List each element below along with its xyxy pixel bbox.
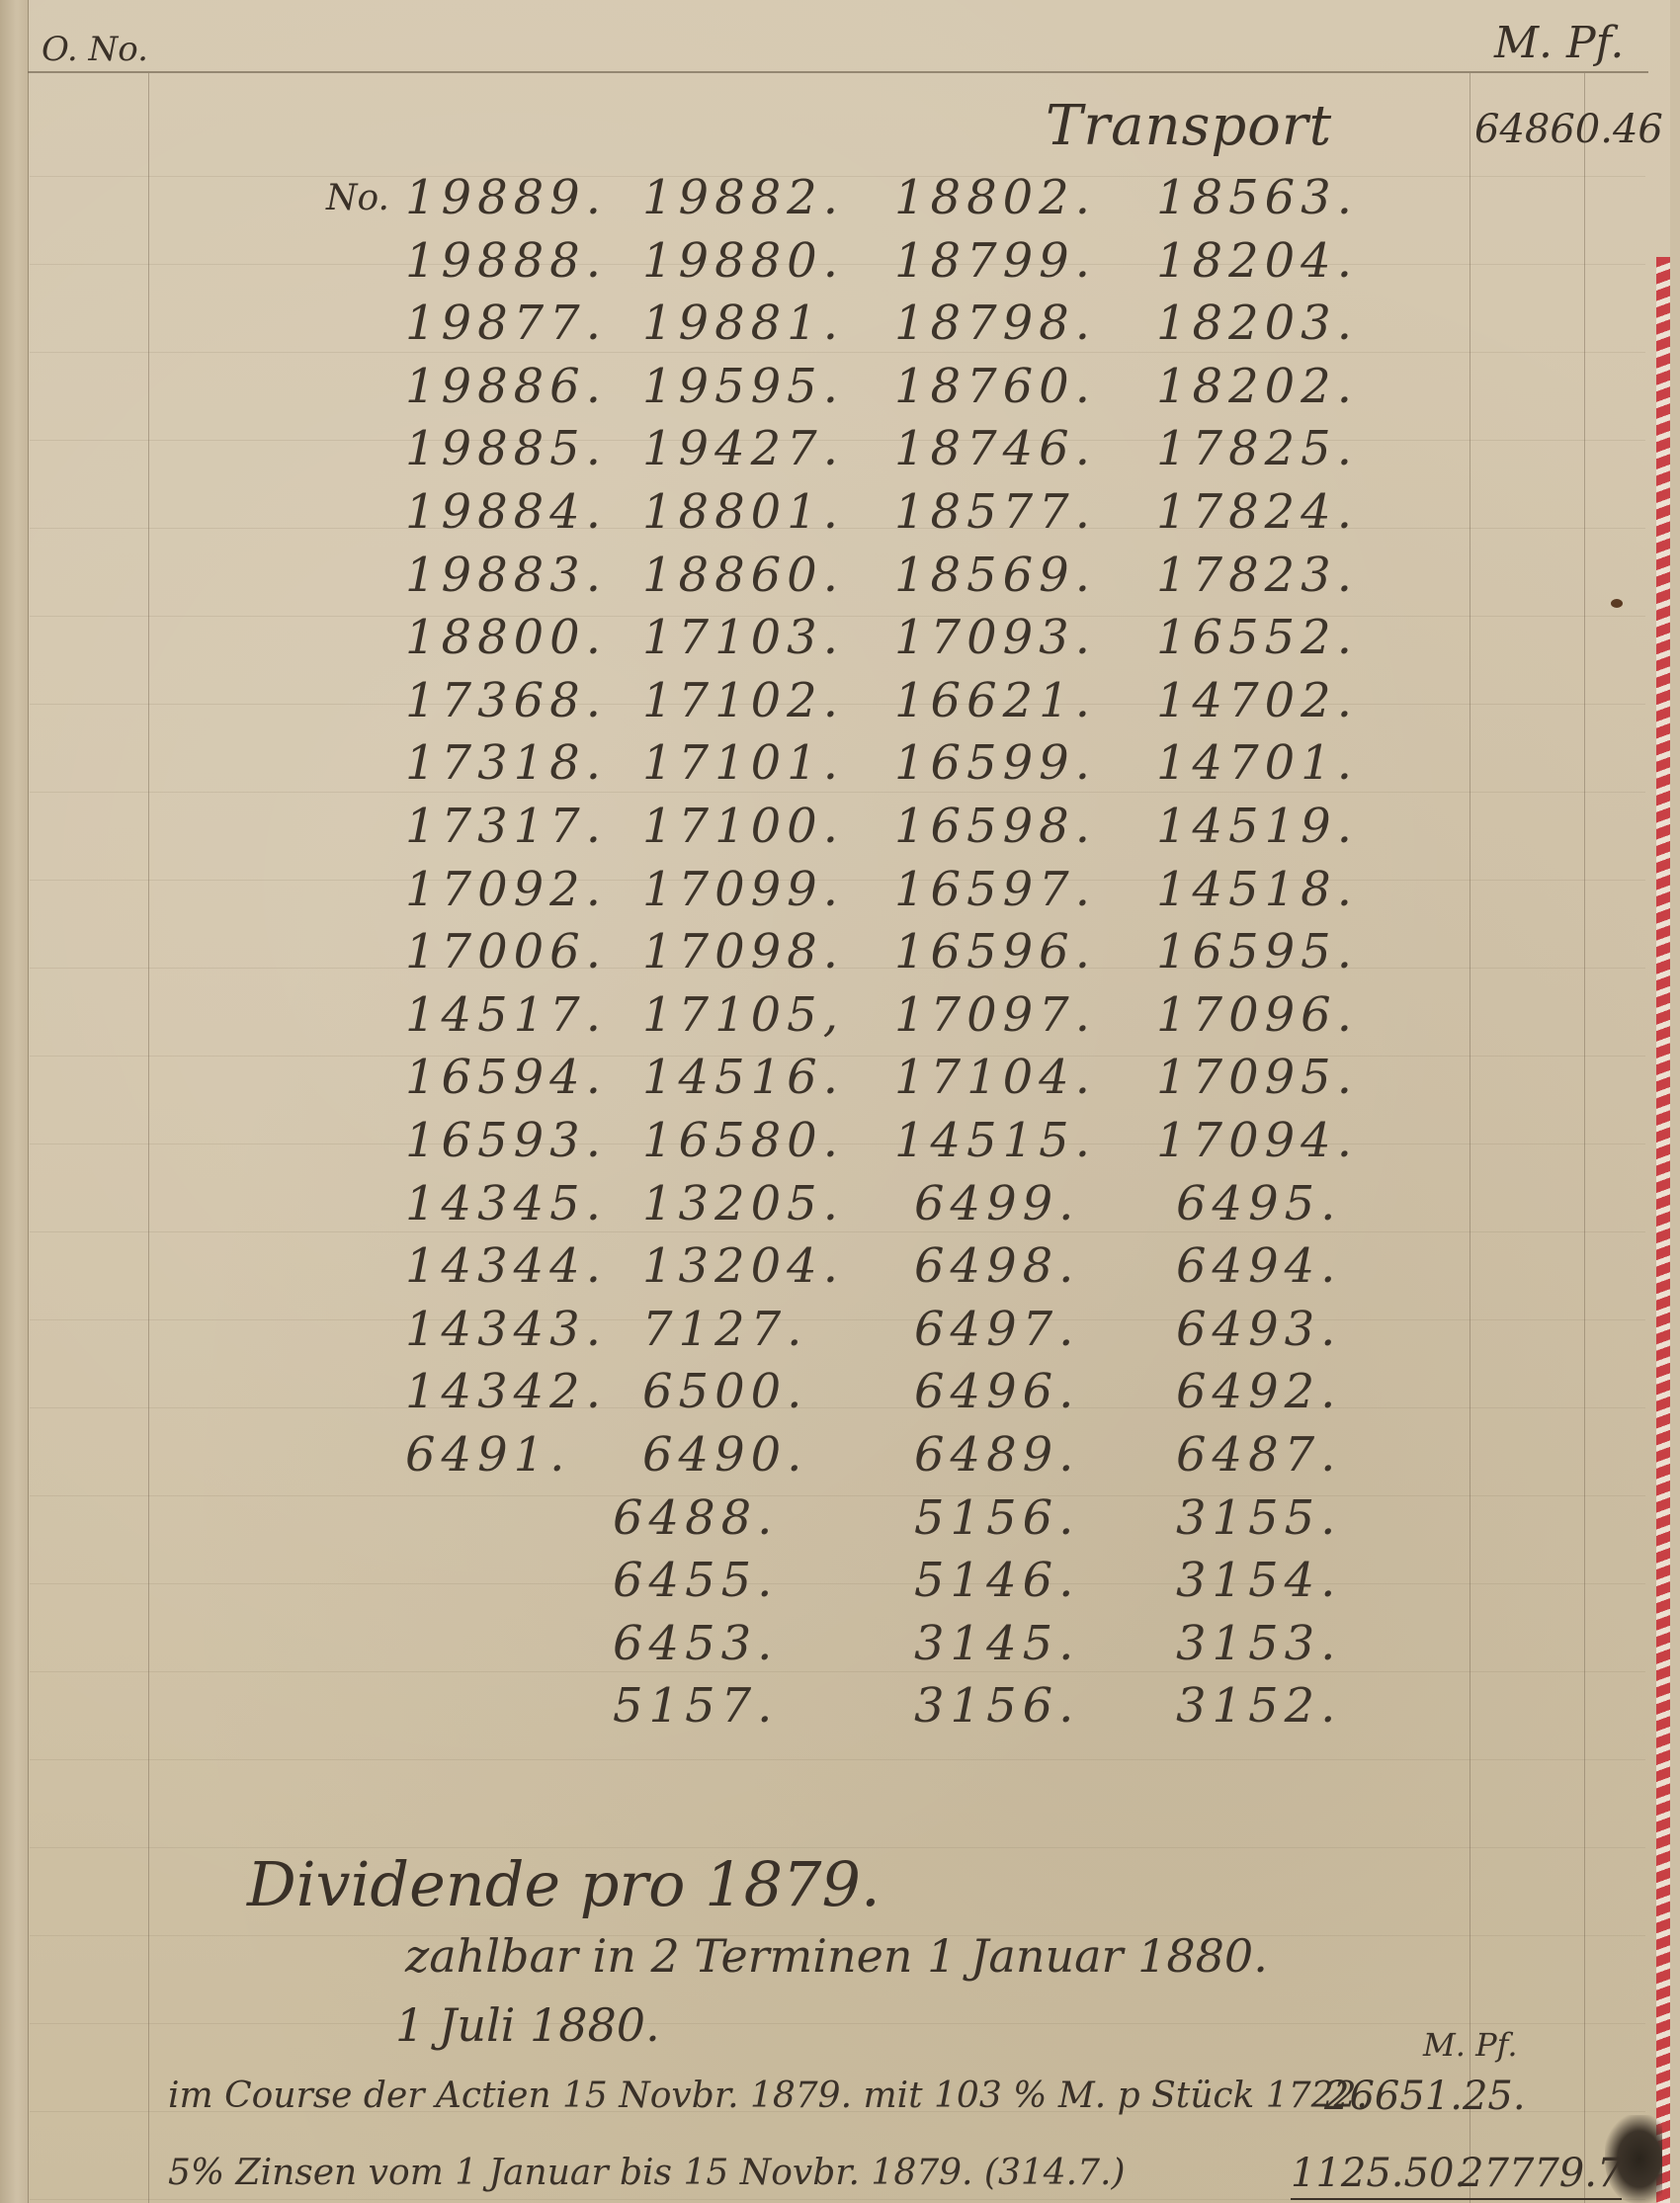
share-number-cell: 18800.	[405, 610, 607, 665]
share-number-cell: 6490.	[642, 1427, 807, 1483]
share-number-cell: 18202.	[1156, 359, 1358, 414]
share-number-cell: 13205.	[642, 1176, 844, 1231]
share-number-cell: 17825.	[1156, 421, 1358, 476]
share-number-cell: 6455.	[613, 1553, 778, 1608]
share-number-cell: 18563.	[1156, 170, 1358, 225]
share-number-cell: 17098.	[642, 924, 844, 979]
book-binding-edge	[0, 0, 29, 2203]
share-number-cell: 17103.	[642, 610, 844, 665]
grand-total: 27779.7	[1459, 2151, 1622, 2200]
share-number-cell: 18204.	[1156, 233, 1358, 289]
left-margin-rule	[148, 73, 149, 2203]
interest-amount: 1125.50.	[1291, 2151, 1467, 2200]
share-number-cell: 6487.	[1176, 1427, 1341, 1483]
share-number-cell: 19877.	[405, 296, 607, 351]
share-number-cell: 18799.	[894, 233, 1096, 289]
amount-units-label: M. Pf.	[1423, 2026, 1518, 2064]
share-number-cell: 18860.	[642, 548, 844, 603]
share-number-cell: 17104.	[894, 1050, 1096, 1105]
share-number-cell: 17100.	[642, 799, 844, 854]
share-number-cell: 6488.	[613, 1490, 778, 1546]
ledger-page: O. No. M. Pf. Transport 64860.46 No. 198…	[0, 0, 1670, 2203]
currency-header: M. Pf.	[1494, 18, 1624, 68]
red-binding-thread	[1656, 257, 1670, 2203]
share-number-cell: 19889.	[405, 170, 607, 225]
share-number-cell: 17093.	[894, 610, 1096, 665]
share-number-cell: 6489.	[914, 1427, 1079, 1483]
share-number-cell: 6500.	[642, 1364, 807, 1419]
share-number-cell: 19881.	[642, 296, 844, 351]
share-number-cell: 17368.	[405, 673, 607, 728]
share-number-cell: 6494.	[1176, 1238, 1341, 1294]
share-number-cell: 19882.	[642, 170, 844, 225]
share-number-cell: 14342.	[405, 1364, 607, 1419]
share-number-cell: 17823.	[1156, 548, 1358, 603]
share-number-cell: 6498.	[914, 1238, 1079, 1294]
share-number-cell: 17824.	[1156, 484, 1358, 540]
share-number-cell: 16595.	[1156, 924, 1358, 979]
share-number-cell: 14515.	[894, 1113, 1096, 1168]
share-number-cell: 17094.	[1156, 1113, 1358, 1168]
dividend-second-date: 1 Juli 1880.	[395, 1998, 660, 2052]
share-number-cell: 3152.	[1176, 1678, 1341, 1734]
share-number-cell: 3155.	[1176, 1490, 1341, 1546]
share-number-cell: 6491.	[405, 1427, 570, 1483]
share-value-amount: 26651.25.	[1324, 2074, 1526, 2119]
ink-blot	[1611, 599, 1623, 608]
share-number-cell: 16597.	[894, 862, 1096, 917]
share-number-cell: 14519.	[1156, 799, 1358, 854]
share-number-cell: 19886.	[405, 359, 607, 414]
share-number-cell: 14701.	[1156, 735, 1358, 791]
order-number-header: O. No.	[42, 30, 148, 69]
share-number-cell: 17096.	[1156, 987, 1358, 1043]
share-number-cell: 14702.	[1156, 673, 1358, 728]
share-number-cell: 16552.	[1156, 610, 1358, 665]
share-number-cell: 3154.	[1176, 1553, 1341, 1608]
share-number-cell: 18802.	[894, 170, 1096, 225]
share-number-cell: 6492.	[1176, 1364, 1341, 1419]
share-number-cell: 16599.	[894, 735, 1096, 791]
share-number-cell: 13204.	[642, 1238, 844, 1294]
amount-column-rule	[1470, 73, 1470, 2203]
share-number-cell: 3145.	[914, 1616, 1079, 1671]
share-number-cell: 6496.	[914, 1364, 1079, 1419]
share-number-cell: 17101.	[642, 735, 844, 791]
share-number-cell: 18801.	[642, 484, 844, 540]
share-number-cell: 14345.	[405, 1176, 607, 1231]
share-number-cell: 17095.	[1156, 1050, 1358, 1105]
header-rule	[28, 71, 1648, 73]
share-number-cell: 18569.	[894, 548, 1096, 603]
number-prefix: No.	[326, 178, 389, 218]
share-number-cell: 5146.	[914, 1553, 1079, 1608]
share-number-cell: 16594.	[405, 1050, 607, 1105]
share-number-cell: 18577.	[894, 484, 1096, 540]
share-number-cell: 19595.	[642, 359, 844, 414]
share-number-cell: 19880.	[642, 233, 844, 289]
dividend-payment-terms: zahlbar in 2 Terminen 1 Januar 1880.	[405, 1929, 1268, 1983]
share-number-cell: 18760.	[894, 359, 1096, 414]
share-number-cell: 5156.	[914, 1490, 1079, 1546]
share-number-cell: 17099.	[642, 862, 844, 917]
share-number-cell: 7127.	[642, 1302, 807, 1357]
share-number-cell: 19427.	[642, 421, 844, 476]
share-number-cell: 19888.	[405, 233, 607, 289]
share-number-cell: 14344.	[405, 1238, 607, 1294]
share-number-cell: 17006.	[405, 924, 607, 979]
share-number-cell: 17097.	[894, 987, 1096, 1043]
share-number-cell: 17318.	[405, 735, 607, 791]
share-number-cell: 18203.	[1156, 296, 1358, 351]
dividend-title: Dividende pro 1879.	[247, 1848, 881, 1920]
share-number-cell: 16593.	[405, 1113, 607, 1168]
share-number-cell: 3156.	[914, 1678, 1079, 1734]
share-number-cell: 17105,	[642, 987, 844, 1043]
share-number-cell: 19885.	[405, 421, 607, 476]
share-number-cell: 6499.	[914, 1176, 1079, 1231]
interest-calculation: 5% Zinsen vom 1 Januar bis 15 Novbr. 187…	[168, 2153, 1126, 2193]
share-number-cell: 17102.	[642, 673, 844, 728]
share-number-cell: 19883.	[405, 548, 607, 603]
share-number-cell: 17092.	[405, 862, 607, 917]
share-number-cell: 5157.	[613, 1678, 778, 1734]
share-number-cell: 14343.	[405, 1302, 607, 1357]
transport-label: Transport	[1046, 94, 1332, 158]
share-number-cell: 3153.	[1176, 1616, 1341, 1671]
share-number-cell: 6495.	[1176, 1176, 1341, 1231]
share-number-cell: 16598.	[894, 799, 1096, 854]
share-number-cell: 18746.	[894, 421, 1096, 476]
share-number-cell: 14517.	[405, 987, 607, 1043]
share-number-cell: 14518.	[1156, 862, 1358, 917]
share-number-cell: 6497.	[914, 1302, 1079, 1357]
share-number-cell: 6453.	[613, 1616, 778, 1671]
share-number-cell: 16580.	[642, 1113, 844, 1168]
pfennig-column-rule	[1584, 73, 1585, 2203]
share-number-cell: 17317.	[405, 799, 607, 854]
share-number-cell: 16621.	[894, 673, 1096, 728]
share-number-cell: 18798.	[894, 296, 1096, 351]
transport-value: 64860.46	[1474, 107, 1663, 152]
share-number-cell: 19884.	[405, 484, 607, 540]
share-number-cell: 14516.	[642, 1050, 844, 1105]
share-value-calculation: im Course der Actien 15 Novbr. 1879. mit…	[168, 2076, 1368, 2116]
share-number-cell: 6493.	[1176, 1302, 1341, 1357]
share-number-cell: 16596.	[894, 924, 1096, 979]
